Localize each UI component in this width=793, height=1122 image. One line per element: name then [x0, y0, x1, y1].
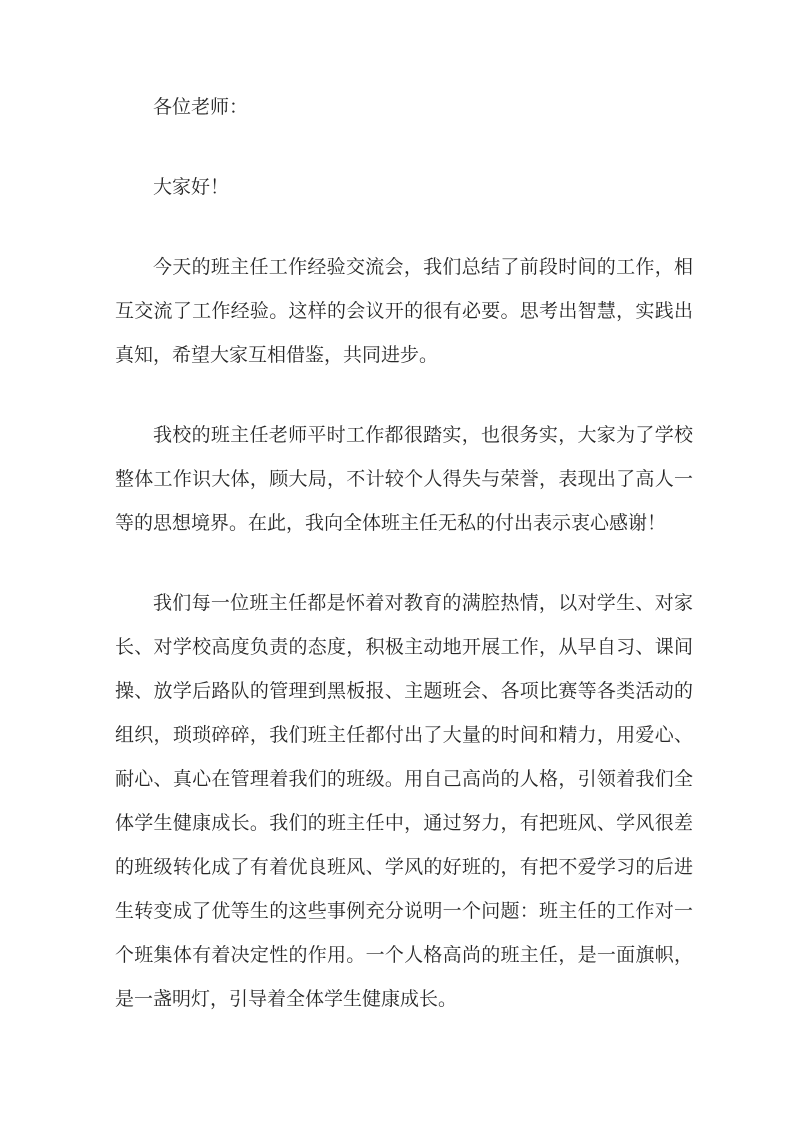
salutation-line: 各位老师：	[115, 86, 693, 130]
paragraph-meeting-summary: 今天的班主任工作经验交流会，我们总结了前段时间的工作，相互交流了工作经验。这样的…	[115, 246, 693, 378]
document-content: 各位老师： 大家好！ 今天的班主任工作经验交流会，我们总结了前段时间的工作，相互…	[0, 0, 793, 1022]
greeting-line: 大家好！	[115, 166, 693, 210]
document-page: 各位老师： 大家好！ 今天的班主任工作经验交流会，我们总结了前段时间的工作，相互…	[0, 0, 793, 1122]
paragraph-gratitude: 我校的班主任老师平时工作都很踏实，也很务实，大家为了学校整体工作识大体，顾大局，…	[115, 414, 693, 546]
paragraph-dedication: 我们每一位班主任都是怀着对教育的满腔热情，以对学生、对家长、对学校高度负责的态度…	[115, 582, 693, 1022]
